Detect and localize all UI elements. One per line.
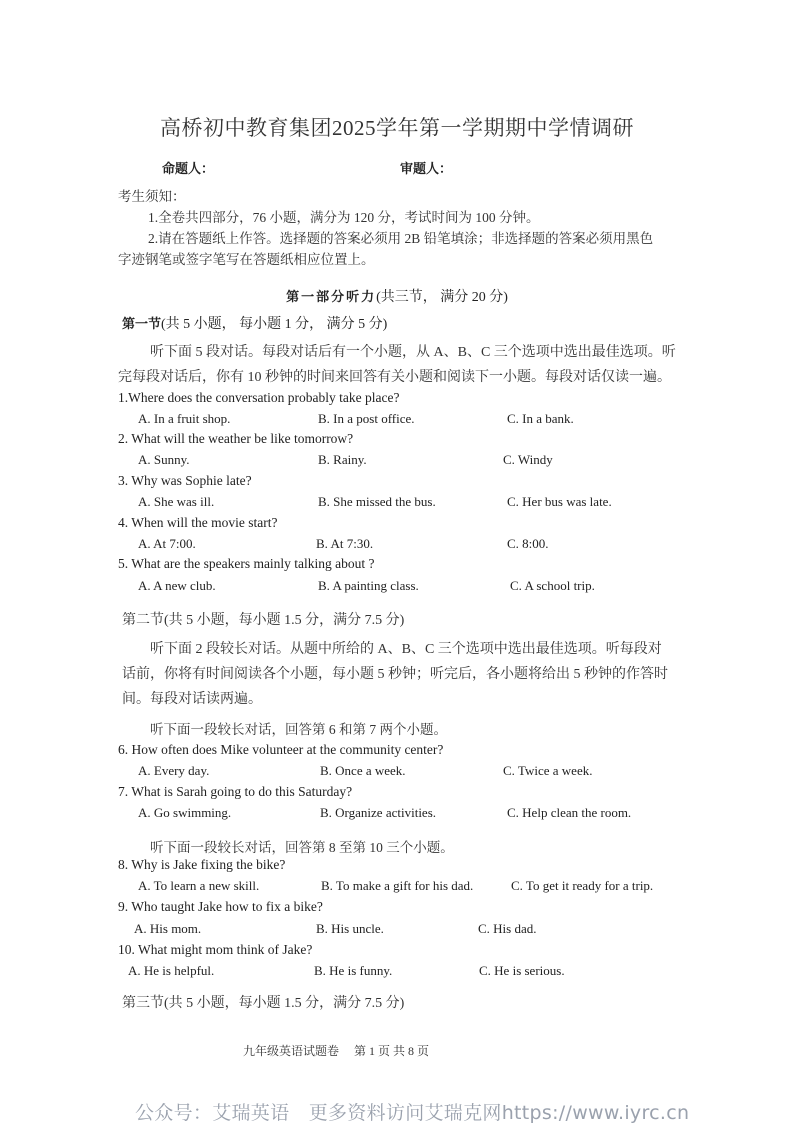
question-4-option-b: B. At 7:30. <box>316 536 373 552</box>
question-5-option-c: C. A school trip. <box>510 578 595 594</box>
question-6-option-a: A. Every day. <box>138 763 209 779</box>
reviewer-label: 审题人： <box>400 158 452 177</box>
section2-instruction-line-1: 听下面 2 段较长对话。从题中所给的 A、B、C 三个选项中选出最佳选项。听每段… <box>150 638 662 658</box>
dialog2-intro: 听下面一段较长对话，回答第 8 至第 10 三个小题。 <box>150 836 454 856</box>
question-5: 5. What are the speakers mainly talking … <box>118 556 375 572</box>
section1-instruction-line-2: 完每段对话后，你有 10 秒钟的时间来回答有关小题和阅读下一小题。每段对话仅读一… <box>118 366 671 386</box>
question-3: 3. Why was Sophie late? <box>118 473 252 489</box>
author-label: 命题人： <box>162 158 214 177</box>
question-4: 4. When will the movie start? <box>118 515 277 531</box>
section2-instruction-line-3: 间。每段对话读两遍。 <box>122 688 262 708</box>
question-5-option-b: B. A painting class. <box>318 578 419 594</box>
question-7-option-c: C. Help clean the room. <box>507 805 631 821</box>
question-4-option-a: A. At 7:00. <box>138 536 196 552</box>
notice-item-2-line-2: 字迹钢笔或签字笔写在答题纸相应位置上。 <box>118 248 375 268</box>
question-3-option-c: C. Her bus was late. <box>507 494 612 510</box>
section2-instruction-line-2: 话前，你将有时间阅读各个小题，每小题 5 秒钟；听完后，各小题将给出 5 秒钟的… <box>122 663 668 683</box>
section2-title: 第二节(共 5 小题，每小题 1.5 分，满分 7.5 分) <box>122 609 404 629</box>
notice-item-2-line-1: 2.请在答题纸上作答。选择题的答案必须用 2B 铅笔填涂；非选择题的答案必须用黑… <box>148 227 653 247</box>
question-3-option-b: B. She missed the bus. <box>318 494 436 510</box>
part1-title-rest: (共三节， 满分 20 分) <box>376 290 508 305</box>
question-6: 6. How often does Mike volunteer at the … <box>118 742 443 758</box>
section1-title: 第一节(共 5 小题， 每小题 1 分， 满分 5 分) <box>122 313 387 333</box>
question-9-option-b: B. His uncle. <box>316 921 384 937</box>
question-4-option-c: C. 8:00. <box>507 536 549 552</box>
question-2-option-a: A. Sunny. <box>138 452 190 468</box>
question-2: 2. What will the weather be like tomorro… <box>118 431 353 447</box>
notice-item-1: 1.全卷共四部分，76 小题，满分为 120 分，考试时间为 100 分钟。 <box>148 206 540 226</box>
question-10-option-a: A. He is helpful. <box>128 963 214 979</box>
question-10: 10. What might mom think of Jake? <box>118 942 312 958</box>
question-10-option-c: C. He is serious. <box>479 963 565 979</box>
section1-instruction-line-1: 听下面 5 段对话。每段对话后有一个小题，从 A、B、C 三个选项中选出最佳选项… <box>150 341 676 361</box>
question-7: 7. What is Sarah going to do this Saturd… <box>118 784 352 800</box>
question-8-option-c: C. To get it ready for a trip. <box>511 878 653 894</box>
question-3-option-a: A. She was ill. <box>138 494 214 510</box>
question-1: 1.Where does the conversation probably t… <box>118 390 400 406</box>
question-1-option-c: C. In a bank. <box>507 411 574 427</box>
question-9-option-a: A. His mom. <box>134 921 201 937</box>
part1-title-bold: 第一部分听力 <box>286 290 376 305</box>
section1-title-bold: 第一节 <box>122 317 161 332</box>
question-9-option-c: C. His dad. <box>478 921 537 937</box>
question-8: 8. Why is Jake fixing the bike? <box>118 857 285 873</box>
question-8-option-a: A. To learn a new skill. <box>138 878 259 894</box>
exam-title: 高桥初中教育集团2025学年第一学期期中学情调研 <box>0 112 794 142</box>
page-footer: 九年级英语试题卷 第 1 页 共 8 页 <box>243 1042 429 1059</box>
question-1-option-a: A. In a fruit shop. <box>138 411 230 427</box>
question-2-option-b: B. Rainy. <box>318 452 367 468</box>
question-9: 9. Who taught Jake how to fix a bike? <box>118 899 323 915</box>
question-6-option-b: B. Once a week. <box>320 763 406 779</box>
section3-title: 第三节(共 5 小题，每小题 1.5 分，满分 7.5 分) <box>122 992 404 1012</box>
notice-heading: 考生须知： <box>118 185 186 205</box>
question-7-option-a: A. Go swimming. <box>138 805 231 821</box>
question-10-option-b: B. He is funny. <box>314 963 392 979</box>
question-8-option-b: B. To make a gift for his dad. <box>321 878 473 894</box>
dialog1-intro: 听下面一段较长对话，回答第 6 和第 7 两个小题。 <box>150 718 447 738</box>
part1-title: 第一部分听力(共三节， 满分 20 分) <box>0 286 794 306</box>
watermark-text: 公众号：艾瑞英语 更多资料访问艾瑞克网https://www.iyrc.cn <box>135 1098 689 1123</box>
question-2-option-c: C. Windy <box>503 452 553 468</box>
question-1-option-b: B. In a post office. <box>318 411 415 427</box>
question-6-option-c: C. Twice a week. <box>503 763 592 779</box>
section1-title-rest: (共 5 小题， 每小题 1 分， 满分 5 分) <box>161 317 387 332</box>
question-7-option-b: B. Organize activities. <box>320 805 436 821</box>
question-5-option-a: A. A new club. <box>138 578 216 594</box>
